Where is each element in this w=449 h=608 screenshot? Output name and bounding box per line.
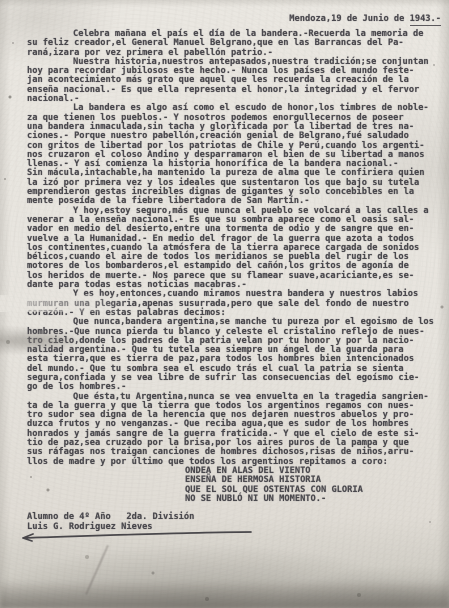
ink-speckles (0, 0, 2, 2)
dateline-place-date: Mendoza,19 de Junio de (289, 14, 409, 24)
paper-bottom-smudge (0, 582, 449, 608)
paragraph-6: Que nunca,bandera argentina,se manche tu… (27, 318, 441, 392)
dateline-year-underlined: 1943.- (410, 14, 441, 26)
anthem-verse: ONDEA EN ALAS DEL VIENTO ENSEÑA DE HERMO… (185, 467, 441, 504)
paragraph-3: La bandera es algo así como el escudo de… (27, 104, 441, 206)
paragraph-1: Celebra mañana el país el día de la band… (27, 30, 441, 58)
typewritten-letter: Mendoza,19 de Junio de 1943.- Celebra ma… (27, 14, 441, 532)
paragraph-2: Nuestra historia,nuestros antepasados,nu… (27, 58, 441, 104)
paragraph-7: Que ésta,tu Argentina,nunca se vea envue… (27, 393, 441, 467)
paper-faded-smudge (0, 295, 130, 312)
pen-underline-stroke (18, 526, 258, 544)
paper-stain-band (0, 331, 78, 351)
paragraph-4: Y hoy,estoy seguro,más que nunca el pueb… (27, 207, 441, 291)
dateline: Mendoza,19 de Junio de 1943.- (27, 14, 441, 24)
scanned-letter-page: Mendoza,19 de Junio de 1943.- Celebra ma… (0, 0, 449, 608)
